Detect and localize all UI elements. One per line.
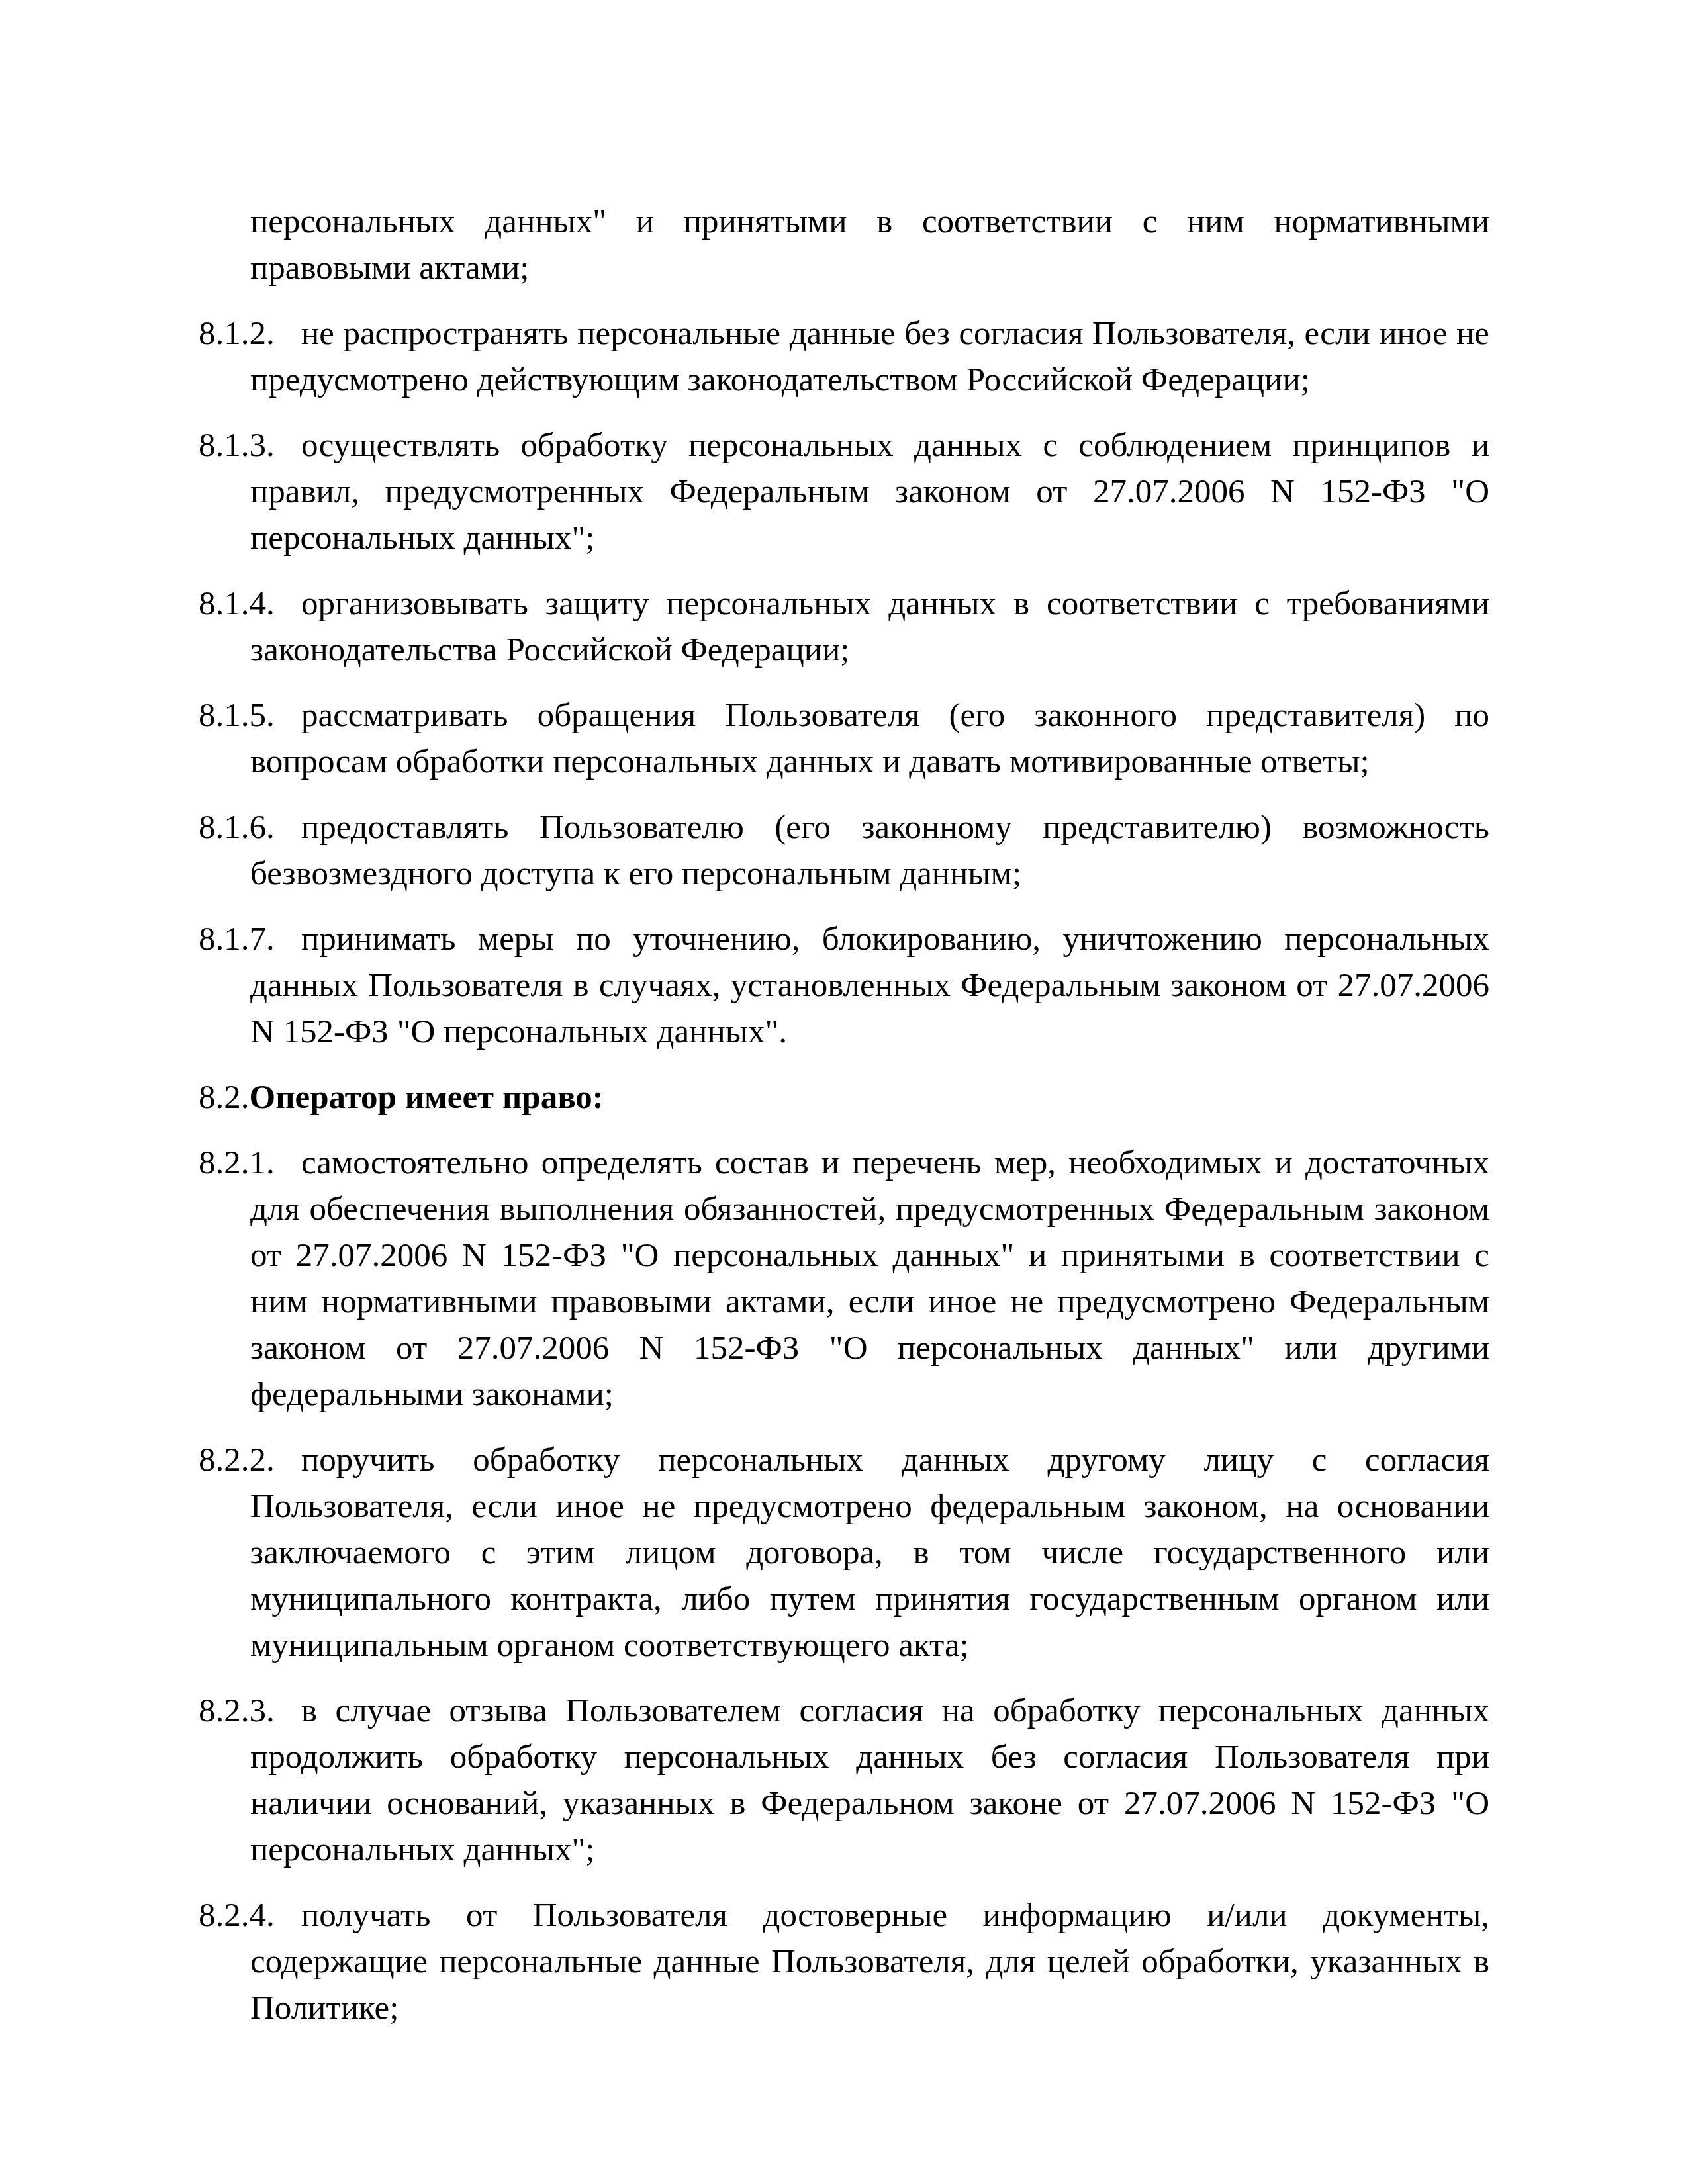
section-heading-8-2: 8.2.Оператор имеет право: — [199, 1074, 1489, 1120]
paragraph-8-1-1-continuation: персональных данных" и принятыми в соотв… — [199, 199, 1489, 291]
list-item-8-1-6: 8.1.6.предоставлять Пользователю (его за… — [199, 804, 1489, 897]
list-item-number: 8.1.2. — [199, 310, 301, 357]
list-item-number: 8.2.1. — [199, 1140, 301, 1186]
list-item-number: 8.2.2. — [199, 1437, 301, 1483]
list-item-number: 8.1.7. — [199, 916, 301, 962]
list-item-text: в случае отзыва Пользователем согласия н… — [250, 1692, 1489, 1868]
list-item-text: поручить обработку персональных данных д… — [250, 1441, 1489, 1664]
list-item-8-1-2: 8.1.2.не распространять персональные дан… — [199, 310, 1489, 403]
list-item-8-2-4: 8.2.4.получать от Пользователя достоверн… — [199, 1892, 1489, 2031]
list-item-8-2-1: 8.2.1.самостоятельно определять состав и… — [199, 1140, 1489, 1418]
section-heading-text: Оператор имеет право: — [250, 1079, 604, 1116]
list-item-text: рассматривать обращения Пользователя (ег… — [250, 697, 1489, 780]
list-item-text: организовывать защиту персональных данны… — [250, 585, 1489, 668]
list-item-text: осуществлять обработку персональных данн… — [250, 427, 1489, 557]
list-item-8-2-2: 8.2.2.поручить обработку персональных да… — [199, 1437, 1489, 1668]
list-item-text: получать от Пользователя достоверные инф… — [250, 1897, 1489, 2026]
list-item-number: 8.1.3. — [199, 422, 301, 469]
text-column: персональных данных" и принятыми в соотв… — [199, 199, 1489, 2050]
document-page: персональных данных" и принятыми в соотв… — [0, 0, 1688, 2184]
list-item-number: 8.1.6. — [199, 804, 301, 850]
paragraph-text: персональных данных" и принятыми в соотв… — [250, 203, 1489, 287]
list-item-8-1-7: 8.1.7.принимать меры по уточнению, блоки… — [199, 916, 1489, 1055]
list-item-8-1-5: 8.1.5.рассматривать обращения Пользовате… — [199, 692, 1489, 785]
list-item-text: предоставлять Пользователю (его законном… — [250, 809, 1489, 892]
list-item-text: самостоятельно определять состав и переч… — [250, 1144, 1489, 1413]
list-item-number: 8.2.3. — [199, 1688, 301, 1734]
list-item-text: не распространять персональные данные бе… — [250, 315, 1489, 398]
list-item-8-1-4: 8.1.4.организовывать защиту персональных… — [199, 580, 1489, 673]
list-item-number: 8.2.4. — [199, 1892, 301, 1938]
list-item-8-2-3: 8.2.3.в случае отзыва Пользователем согл… — [199, 1688, 1489, 1873]
section-heading-number: 8.2. — [199, 1079, 250, 1116]
list-item-number: 8.1.5. — [199, 692, 301, 739]
list-item-number: 8.1.4. — [199, 580, 301, 627]
list-item-text: принимать меры по уточнению, блокировани… — [250, 921, 1489, 1050]
list-item-8-1-3: 8.1.3.осуществлять обработку персональны… — [199, 422, 1489, 561]
